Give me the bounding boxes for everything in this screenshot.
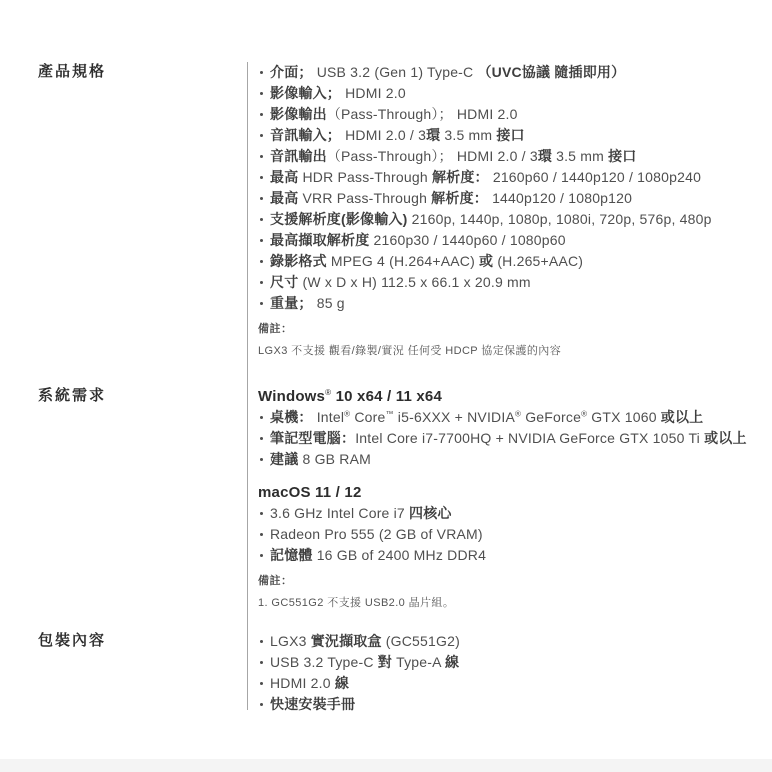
text-segment: Intel Core i7-7700HQ + NVIDIA GeForce GT… [355,430,704,446]
column-divider [247,62,248,710]
section-package-contents: 包裝內容LGX3 實況擷取盒 (GC551G2)USB 3.2 Type-C 對… [0,631,772,715]
text-segment: MPEG 4 (H.264+AAC) [327,253,479,269]
spec-bullet-list: 桌機： Intel® Core™ i5-6XXX + NVIDIA® GeFor… [258,407,762,470]
section-content-column: LGX3 實況擷取盒 (GC551G2)USB 3.2 Type-C 對 Typ… [247,631,772,715]
spec-item: 3.6 GHz Intel Core i7 四核心 [258,503,762,524]
section-label: 系統需求 [38,386,247,406]
spec-item: 最高 HDR Pass-Through 解析度： 2160p60 / 1440p… [258,167,762,188]
text-segment: 尺寸 [270,274,298,290]
spec-item: 快速安裝手冊 [258,694,762,715]
text-segment: USB 3.2 Type-C [270,654,378,670]
text-segment: Type-A [392,654,445,670]
text-segment: 最高 [270,190,298,206]
spec-bullet-list: LGX3 實況擷取盒 (GC551G2)USB 3.2 Type-C 對 Typ… [258,631,762,715]
section-product-specs: 產品規格介面； USB 3.2 (Gen 1) Type-C （UVC協議 隨插… [0,62,772,359]
section-label-column: 包裝內容 [0,631,247,651]
text-segment: （Pass-Through）； HDMI 2.0 / 3 [327,148,538,164]
note-text: 1. GC551G2 不支援 USB2.0 晶片組。 [258,596,762,611]
section-content-column: 介面； USB 3.2 (Gen 1) Type-C （UVC協議 隨插即用）影… [247,62,772,359]
spec-item: Radeon Pro 555 (2 GB of VRAM) [258,524,762,545]
text-segment: i5-6XXX + NVIDIA [394,409,515,425]
text-segment: 或以上 [704,430,747,446]
text-segment: 3.6 GHz Intel Core i7 [270,505,409,521]
os-heading: Windows® 10 x64 / 11 x64 [258,386,762,407]
text-segment: HDMI 2.0 / 3 [345,127,426,143]
note-text: LGX3 不支援 觀看/錄製/實況 任何受 HDCP 協定保護的內容 [258,344,762,359]
spec-item: 音訊輸入； HDMI 2.0 / 3環 3.5 mm 接口 [258,125,762,146]
spec-item: 尺寸 (W x D x H) 112.5 x 66.1 x 20.9 mm [258,272,762,293]
spec-item: 重量； 85 g [258,293,762,314]
text-segment: (H.265+AAC) [493,253,583,269]
text-segment: 實況擷取盒 [311,633,382,649]
text-segment: 對 [378,654,392,670]
spec-item: 介面； USB 3.2 (Gen 1) Type-C （UVC協議 隨插即用） [258,62,762,83]
spec-page: 產品規格介面； USB 3.2 (Gen 1) Type-C （UVC協議 隨插… [0,0,772,772]
text-segment: GTX 1060 [587,409,661,425]
text-segment: 重量； [270,295,317,311]
text-segment: 環 [426,127,440,143]
text-segment: ™ [386,409,394,418]
text-segment: VRR Pass-Through [298,190,431,206]
spec-bullet-list: 介面； USB 3.2 (Gen 1) Type-C （UVC協議 隨插即用）影… [258,62,762,314]
footer-band [0,759,772,772]
text-segment: 解析度： [432,169,489,185]
text-segment: 影像輸出 [270,106,327,122]
section-label-column: 系統需求 [0,386,247,406]
text-segment: 16 GB of 2400 MHz DDR4 [313,547,486,563]
text-segment: （Pass-Through）； HDMI 2.0 [327,106,518,122]
text-segment: 最高擷取解析度 [270,232,369,248]
text-segment: 3.5 mm [440,127,496,143]
text-segment: 或 [479,253,493,269]
spec-item: 錄影格式 MPEG 4 (H.264+AAC) 或 (H.265+AAC) [258,251,762,272]
text-segment: 2160p30 / 1440p60 / 1080p60 [369,232,565,248]
spec-item: 桌機： Intel® Core™ i5-6XXX + NVIDIA® GeFor… [258,407,762,428]
spec-item: 建議 8 GB RAM [258,449,762,470]
text-segment: HDMI 2.0 [345,85,406,101]
text-segment: 2160p60 / 1440p120 / 1080p240 [489,169,701,185]
text-segment: 2160p, 1440p, 1080p, 1080i, 720p, 576p, … [408,211,712,227]
text-segment: HDMI 2.0 [270,675,335,691]
spec-item: 影像輸出（Pass-Through）； HDMI 2.0 [258,104,762,125]
spec-item: 記憶體 16 GB of 2400 MHz DDR4 [258,545,762,566]
note-title: 備註： [258,574,762,589]
spec-sections: 產品規格介面； USB 3.2 (Gen 1) Type-C （UVC協議 隨插… [0,62,772,715]
spec-item: 最高擷取解析度 2160p30 / 1440p60 / 1080p60 [258,230,762,251]
text-segment: Core [350,409,385,425]
text-segment: 記憶體 [270,547,313,563]
text-segment: (GC551G2) [382,633,460,649]
text-segment: 音訊輸出 [270,148,327,164]
text-segment: (W x D x H) 112.5 x 66.1 x 20.9 mm [298,274,530,290]
spec-item: 音訊輸出（Pass-Through）； HDMI 2.0 / 3環 3.5 mm… [258,146,762,167]
spec-item: LGX3 實況擷取盒 (GC551G2) [258,631,762,652]
text-segment: 介面； [270,64,317,80]
text-segment: 影像輸入； [270,85,345,101]
spec-item: HDMI 2.0 線 [258,673,762,694]
text-segment: 環 [538,148,552,164]
spec-item: 最高 VRR Pass-Through 解析度： 1440p120 / 1080… [258,188,762,209]
text-segment: 10 x64 / 11 x64 [331,388,442,405]
spec-bullet-list: 3.6 GHz Intel Core i7 四核心Radeon Pro 555 … [258,503,762,566]
text-segment: Intel [313,409,345,425]
text-segment: 8 GB RAM [298,451,371,467]
text-segment: 3.5 mm [552,148,608,164]
text-segment: 快速安裝手冊 [270,696,355,712]
text-segment: 線 [445,654,459,670]
text-segment: HDR Pass-Through [298,169,432,185]
text-segment: 音訊輸入； [270,127,345,143]
text-segment: 建議 [270,451,298,467]
text-segment: 解析度： [431,190,488,206]
section-system-requirements: 系統需求Windows® 10 x64 / 11 x64桌機： Intel® C… [0,386,772,611]
spec-item: USB 3.2 Type-C 對 Type-A 線 [258,652,762,673]
text-segment: 最高 [270,169,298,185]
text-segment: 支援解析度(影像輸入) [270,211,408,227]
text-segment: 筆記型電腦： [270,430,355,446]
text-segment: 85 g [317,295,345,311]
os-heading: macOS 11 / 12 [258,482,762,503]
text-segment: Radeon Pro 555 (2 GB of VRAM) [270,526,483,542]
section-label: 包裝內容 [38,631,247,651]
text-segment: GeForce [521,409,581,425]
spec-item: 影像輸入； HDMI 2.0 [258,83,762,104]
text-segment: 接口 [496,127,524,143]
note-title: 備註： [258,322,762,337]
text-segment: 1440p120 / 1080p120 [488,190,632,206]
section-label: 產品規格 [38,62,247,82]
section-content-column: Windows® 10 x64 / 11 x64桌機： Intel® Core™… [247,386,772,611]
text-segment: 四核心 [409,505,452,521]
text-segment: 桌機： [270,409,313,425]
text-segment: macOS 11 / 12 [258,484,362,501]
text-segment: LGX3 [270,633,311,649]
text-segment: 接口 [608,148,636,164]
text-segment: Windows [258,388,325,405]
text-segment: USB 3.2 (Gen 1) Type-C [317,64,478,80]
spec-item: 支援解析度(影像輸入) 2160p, 1440p, 1080p, 1080i, … [258,209,762,230]
text-segment: 線 [335,675,349,691]
text-segment: （UVC協議 隨插即用） [477,64,625,80]
text-segment: 錄影格式 [270,253,327,269]
text-segment: 或以上 [661,409,704,425]
section-label-column: 產品規格 [0,62,247,82]
spec-item: 筆記型電腦：Intel Core i7-7700HQ + NVIDIA GeFo… [258,428,762,449]
